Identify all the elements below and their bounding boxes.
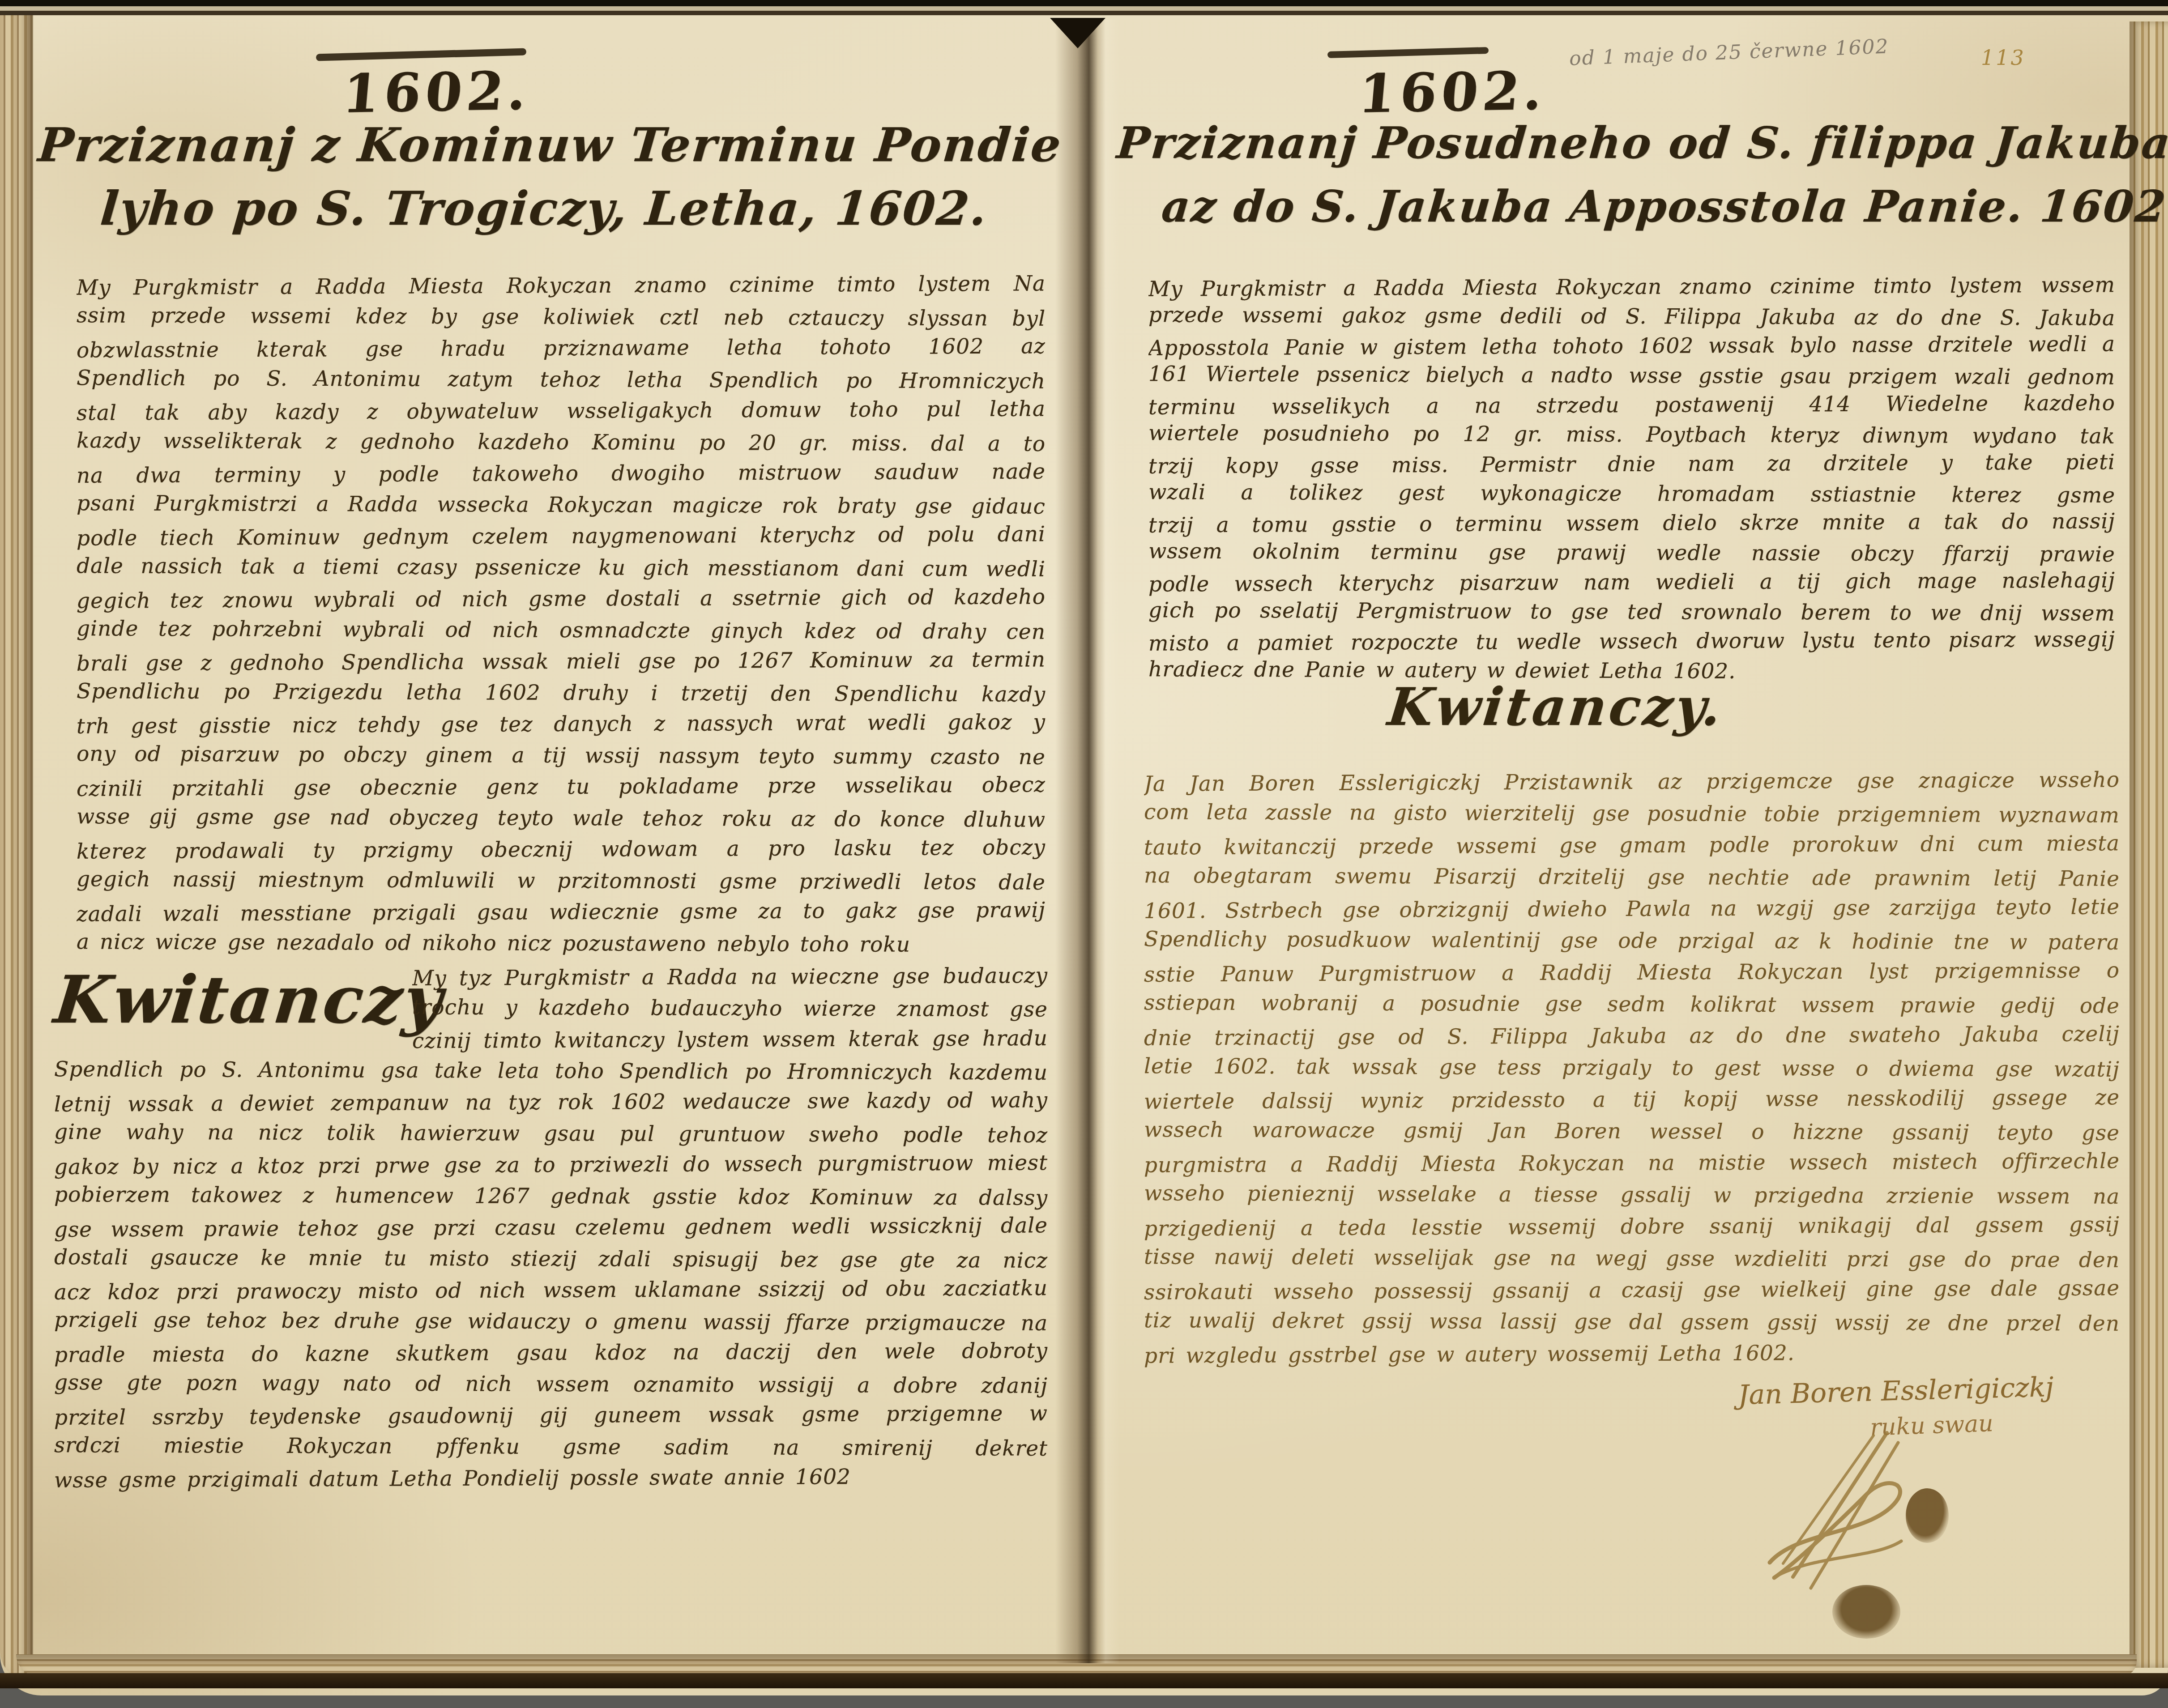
manuscript-line: wsse gsme przigimali datum Letha Pondiel… (54, 1461, 1048, 1496)
manuscript-line: ony od pisarzuw po obczy ginem a tij wss… (77, 738, 1046, 773)
manuscript-line: wiertele posudnieho po 12 gr. miss. Poyt… (1148, 418, 2115, 451)
manuscript-line: com leta zassle na gisto wierzitelij gse… (1144, 796, 2120, 831)
manuscript-line: brali gse z gednoho Spendlicha wssak mie… (77, 644, 1046, 679)
manuscript-line: Spendlich po S. Antonimu zatym tehoz let… (77, 362, 1046, 397)
manuscript-line: przigeli gse tehoz bez druhe gse widaucz… (54, 1304, 1048, 1339)
manuscript-line: Spendlichu po Przigezdu letha 1602 druhy… (77, 676, 1046, 711)
pencil-date-annotation: od 1 maje do 25 čerwne 1602 (1569, 35, 1889, 70)
manuscript-line: srdczi miestie Rokyczan pffenku gsme sad… (54, 1430, 1048, 1465)
manuscript-line: wiertele dalssij wyniz przidessto a tij … (1144, 1082, 2120, 1118)
year-overline-stroke (1327, 47, 1489, 58)
right-kwitanczy-paragraph: Ja Jan Boren Esslerigiczkj Przistawnik a… (1144, 766, 2120, 1370)
manuscript-line: podle tiech Kominuw gednym czelem naygme… (77, 519, 1046, 554)
manuscript-line: gegich tez znowu wybrali od nich gsme do… (77, 581, 1046, 617)
manuscript-line: przigedienij a teda lesstie wssemij dobr… (1144, 1209, 2120, 1245)
manuscript-line: wsseho pienieznij wsselake a tiesse gssa… (1144, 1177, 2120, 1213)
manuscript-line: czinij timto kwitanczy lystem wssem kter… (412, 1023, 1048, 1057)
manuscript-line: My Purgkmistr a Radda Miesta Rokyczan zn… (1148, 270, 2115, 304)
right-title-line-2: az do S. Jakuba Apposstola Panie. 1602. (1160, 181, 2086, 232)
manuscript-line: pobierzem takowez z humencew 1267 gednak… (54, 1179, 1048, 1214)
manuscript-line: misto a pamiet rozpoczte tu wedle wssech… (1148, 625, 2115, 658)
manuscript-line: zadali wzali messtiane przigali gsau wdi… (77, 894, 1046, 930)
manuscript-line: acz kdoz przi prawoczy misto od nich wss… (54, 1273, 1048, 1308)
manuscript-line: tauto kwitanczij przede wssemi gse gmam … (1144, 827, 2120, 864)
manuscript-line: 161 Wiertele pssenicz bielych a nadto ws… (1148, 359, 2115, 392)
right-title-line-1: Prziznanj Posudneho od S. filippa Jakuba… (1115, 117, 2131, 168)
manuscript-line: podle wssech kterychz pisarzuw nam wedie… (1148, 566, 2115, 599)
manuscript-line: sstiepan wobranij a posudnie gse sedm ko… (1144, 987, 2120, 1022)
manuscript-line: dale nassich tak a tiemi czasy pssenicze… (77, 550, 1046, 585)
manuscript-line: trochu y kazdeho budauczyho wierze znamo… (412, 992, 1048, 1026)
manuscript-line: a nicz wicze gse nezadalo od nikoho nicz… (77, 926, 1046, 961)
manuscript-line: wzali a tolikez gest wykonagicze hromada… (1148, 477, 2115, 511)
manuscript-line: przede wssemi gakoz gsme dedili od S. Fi… (1148, 300, 2115, 333)
right-page-edge-stack (2130, 21, 2168, 1668)
manuscript-line: sstie Panuw Purgmistruow a Raddij Miesta… (1144, 954, 2120, 991)
manuscript-line: tiz uwalij dekret gssij wssa lassij gse … (1144, 1304, 2120, 1340)
left-kwitanczy-heading: Kwitanczy (50, 962, 417, 1049)
manuscript-line: 1601. Sstrbech gse obrzizgnij dwieho Paw… (1144, 891, 2120, 927)
manuscript-line: trzij kopy gsse miss. Permistr dnie nam … (1148, 447, 2115, 481)
manuscript-line: kazdy wsselikterak z gednoho kazdeho Kom… (77, 425, 1046, 460)
manuscript-line: Spendlichy posudkuow walentinij gse ode … (1144, 923, 2120, 958)
manuscript-line: letnij wssak a dewiet zempanuw na tyz ro… (54, 1085, 1048, 1120)
manuscript-line: wssech warowacze gsmij Jan Boren wessel … (1144, 1114, 2120, 1149)
manuscript-line: dnie trzinactij gse od S. Filippa Jakuba… (1144, 1018, 2120, 1054)
manuscript-line: My Purgkmistr a Radda Miesta Rokyczan zn… (77, 268, 1046, 303)
ink-stain-large (1832, 1585, 1900, 1639)
binding-gutter-shadow (1055, 20, 1120, 1663)
manuscript-line: obzwlasstnie kterak gse hradu prziznawam… (77, 331, 1046, 366)
signature-name: Jan Boren Esslerigiczkj (1600, 1368, 2168, 1415)
gutter-top-notch (1050, 18, 1105, 48)
book-bottom-edge (0, 1673, 2168, 1688)
manuscript-line: kterez prodawali ty przigmy obecznij wdo… (77, 832, 1046, 867)
right-year-heading: 1602. (1293, 58, 1612, 126)
left-page-edge-stack (0, 6, 33, 1683)
manuscript-line: dostali gsaucze ke mnie tu misto stiezij… (54, 1242, 1048, 1277)
year-overline-stroke (316, 48, 526, 61)
manuscript-line: trh gest gisstie nicz tehdy gse tez dany… (77, 707, 1046, 742)
manuscript-line: My tyz Purgkmistr a Radda na wieczne gse… (412, 960, 1048, 994)
manuscript-line: terminu wsselikych a na strzedu postawen… (1148, 388, 2115, 422)
manuscript-line: Ja Jan Boren Esslerigiczkj Przistawnik a… (1144, 764, 2120, 800)
ink-stain-small (1906, 1488, 1949, 1543)
manuscript-line: na obegtaram swemu Pisarzij drzitelij gs… (1144, 860, 2120, 895)
manuscript-line: gine wahy na nicz tolik hawierzuw gsau p… (54, 1116, 1048, 1151)
right-page: od 1 maje do 25 čerwne 1602 113 1602. Pr… (1117, 20, 2133, 1666)
manuscript-line: trzij a tomu gsstie o terminu wssem diel… (1148, 507, 2115, 540)
manuscript-line: wssem okolnim terminu gse prawij wedle n… (1148, 537, 2115, 570)
left-main-paragraph: My Purgkmistr a Radda Miesta Rokyczan zn… (77, 270, 1046, 959)
manuscript-line: stal tak aby kazdy z obywateluw wsseliga… (77, 393, 1046, 429)
left-page: 1602. Prziznanj z Kominuw Terminu Pondie… (34, 20, 1054, 1666)
manuscript-line: gegich nassij miestnym odmluwili w przit… (77, 864, 1046, 899)
left-title-line-2: lyho po S. Trogiczy, Letha, 1602. (85, 181, 1003, 236)
manuscript-line: gse wssem prawie tehoz gse przi czasu cz… (54, 1210, 1048, 1246)
manuscript-line: Spendlich po S. Antonimu gsa take leta t… (54, 1054, 1048, 1089)
manuscript-line: gakoz by nicz a ktoz przi prwe gse za to… (54, 1147, 1048, 1183)
manuscript-line: gsse gte pozn wagy nato od nich wssem oz… (54, 1367, 1048, 1402)
left-kwitanczy-section: Kwitanczy My tyz Purgkmistr a Radda na w… (54, 962, 1048, 1494)
manuscript-line: pradle miesta do kazne skutkem gsau kdoz… (54, 1335, 1048, 1371)
manuscript-line: ssim przede wssemi kdez by gse koliwiek … (77, 300, 1046, 335)
left-title-line-1: Prziznanj z Kominuw Terminu Pondie (36, 117, 1053, 172)
manuscript-line: psani Purgkmistrzi a Radda wssecka Rokyc… (77, 488, 1046, 523)
manuscript-line: ginde tez pohrzebni wybrali od nich osmn… (77, 613, 1046, 648)
manuscript-line: przitel ssrzby teydenske gsaudownij gij … (54, 1398, 1048, 1434)
folio-number: 113 (1981, 46, 2026, 70)
manuscript-line: Apposstola Panie w gistem letha tohoto 1… (1148, 329, 2115, 363)
open-book-spread: 1602. Prziznanj z Kominuw Terminu Pondie… (0, 0, 2168, 1695)
scanned-manuscript-view: 1602. Prziznanj z Kominuw Terminu Pondie… (0, 0, 2168, 1708)
manuscript-line: na dwa terminy y podle takoweho dwogiho … (77, 456, 1046, 491)
manuscript-line: tisse nawij deleti wsselijak gse na wegj… (1144, 1241, 2120, 1276)
manuscript-line: ssirokauti wsseho possessij gssanij a cz… (1144, 1272, 2120, 1308)
manuscript-line: czinili przitahli gse obecznie genz tu p… (77, 769, 1046, 805)
manuscript-line: purgmistra a Raddij Miesta Rokyczan na m… (1144, 1145, 2120, 1181)
signature-paraph-flourish-icon (1762, 1429, 1909, 1599)
manuscript-line: pri wzgledu gsstrbel gse w autery wossem… (1144, 1336, 2120, 1372)
manuscript-line: wsse gij gsme gse nad obyczeg teyto wale… (77, 801, 1046, 836)
right-kwitanczy-heading: Kwitanczy. (1284, 677, 1827, 737)
right-main-paragraph: My Purgkmistr a Radda Miesta Rokyczan zn… (1148, 273, 2115, 686)
manuscript-line: gich po sselatij Pergmistruow to gse ted… (1148, 596, 2115, 629)
left-year-heading: 1602. (282, 58, 592, 126)
book-top-edge (0, 0, 2168, 20)
manuscript-line: letie 1602. tak wssak gse tess przigaly … (1144, 1050, 2120, 1086)
